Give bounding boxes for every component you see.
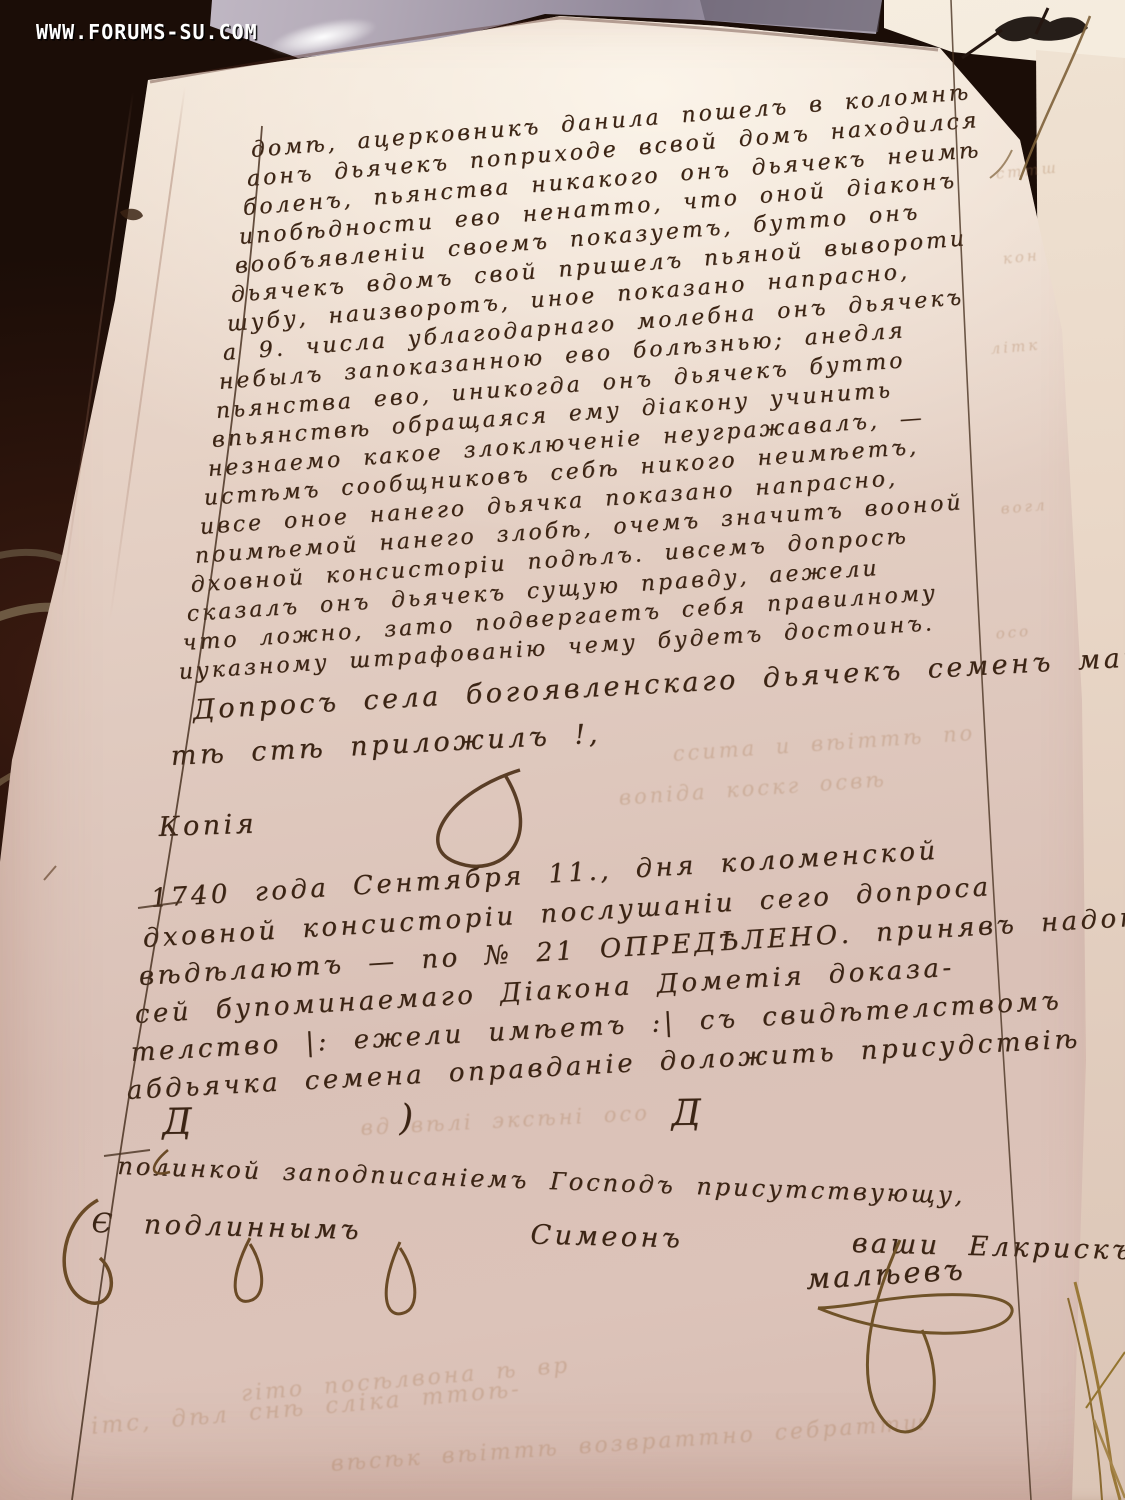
photo-scene: ссита и вѣіттѣ по вопіда коскг освѣ вд в… <box>0 0 1125 1500</box>
bleed-fragment: осо <box>995 622 1032 643</box>
copy-label: Копія <box>158 809 258 843</box>
watermark-text: WWW.FORUMS-SU.COM <box>36 20 258 44</box>
bleed-fragment: кон <box>1002 246 1041 268</box>
